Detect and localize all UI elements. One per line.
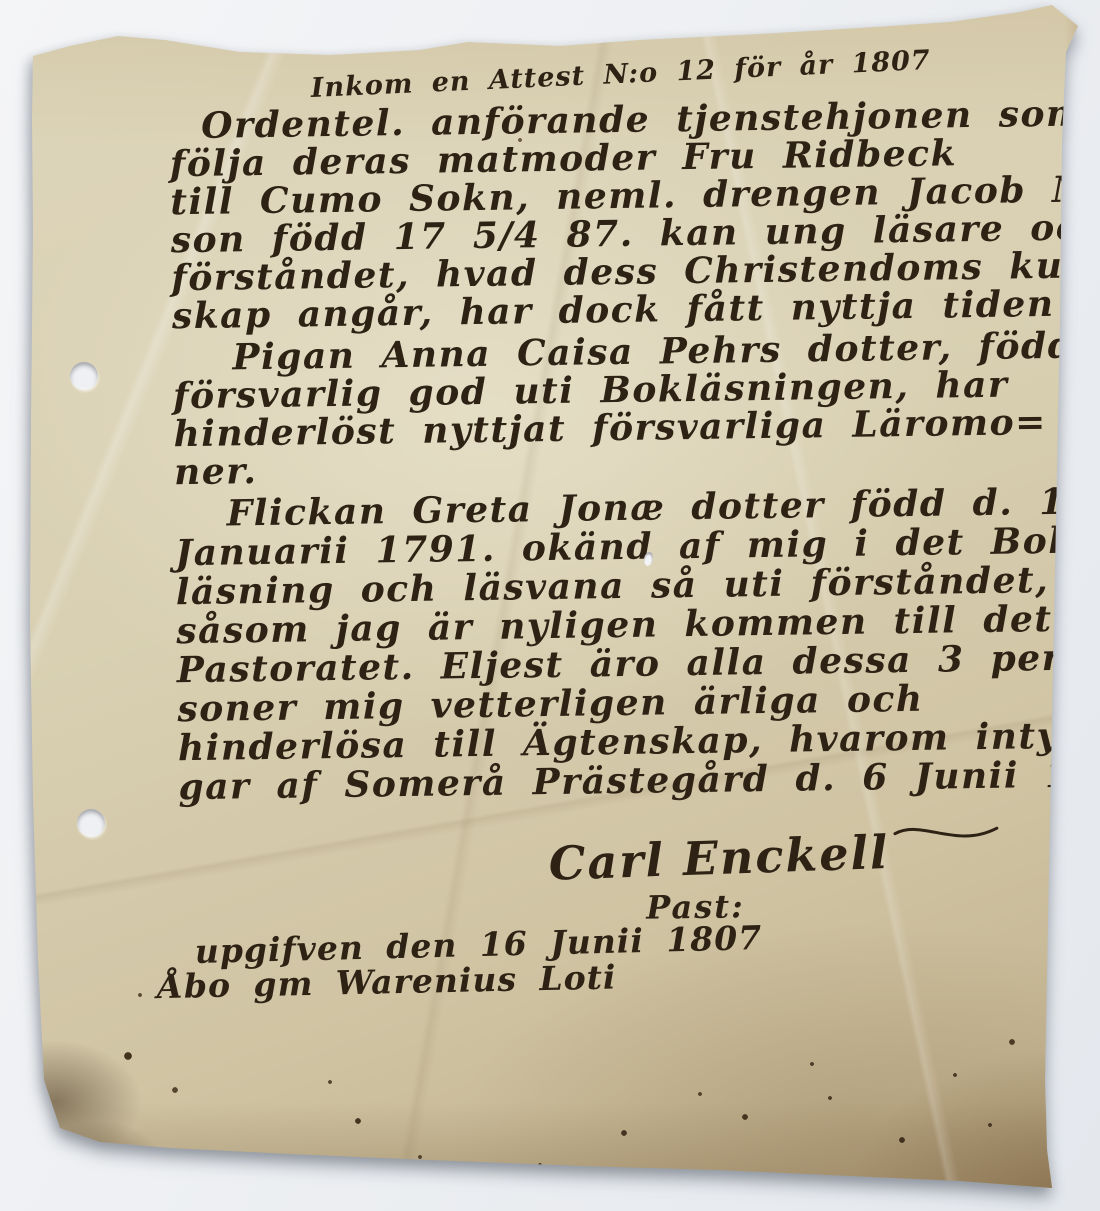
- manuscript-paper: Inkom en Attest N:o 12 för år 1807 Orden…: [0, 0, 1100, 1211]
- paragraph-anna-caisa: Pigan Anna Caisa Pehrs dotter, född 1786…: [172, 325, 1100, 492]
- signature-name: Carl Enckell: [548, 825, 890, 891]
- signature-carl-enckell: Carl Enckell: [547, 807, 1004, 891]
- paper-shadow: Inkom en Attest N:o 12 för år 1807 Orden…: [0, 0, 1100, 1211]
- punch-hole-top: [70, 362, 98, 390]
- handwritten-text-layer: Inkom en Attest N:o 12 för år 1807 Orden…: [0, 0, 1100, 1211]
- punch-hole-bottom: [77, 809, 105, 837]
- paragraph-servants: Ordentel. anförande tjenstehjonen som me…: [169, 91, 1100, 335]
- paragraph-greta: Flickan Greta Jonæ dotter född d. 18. Ja…: [174, 481, 1100, 807]
- registration-note-signer: Åbo gm Warenius Loti: [157, 958, 617, 1007]
- signature-flourish-icon: [892, 807, 1004, 865]
- photo-backdrop: Inkom en Attest N:o 12 för år 1807 Orden…: [0, 0, 1100, 1211]
